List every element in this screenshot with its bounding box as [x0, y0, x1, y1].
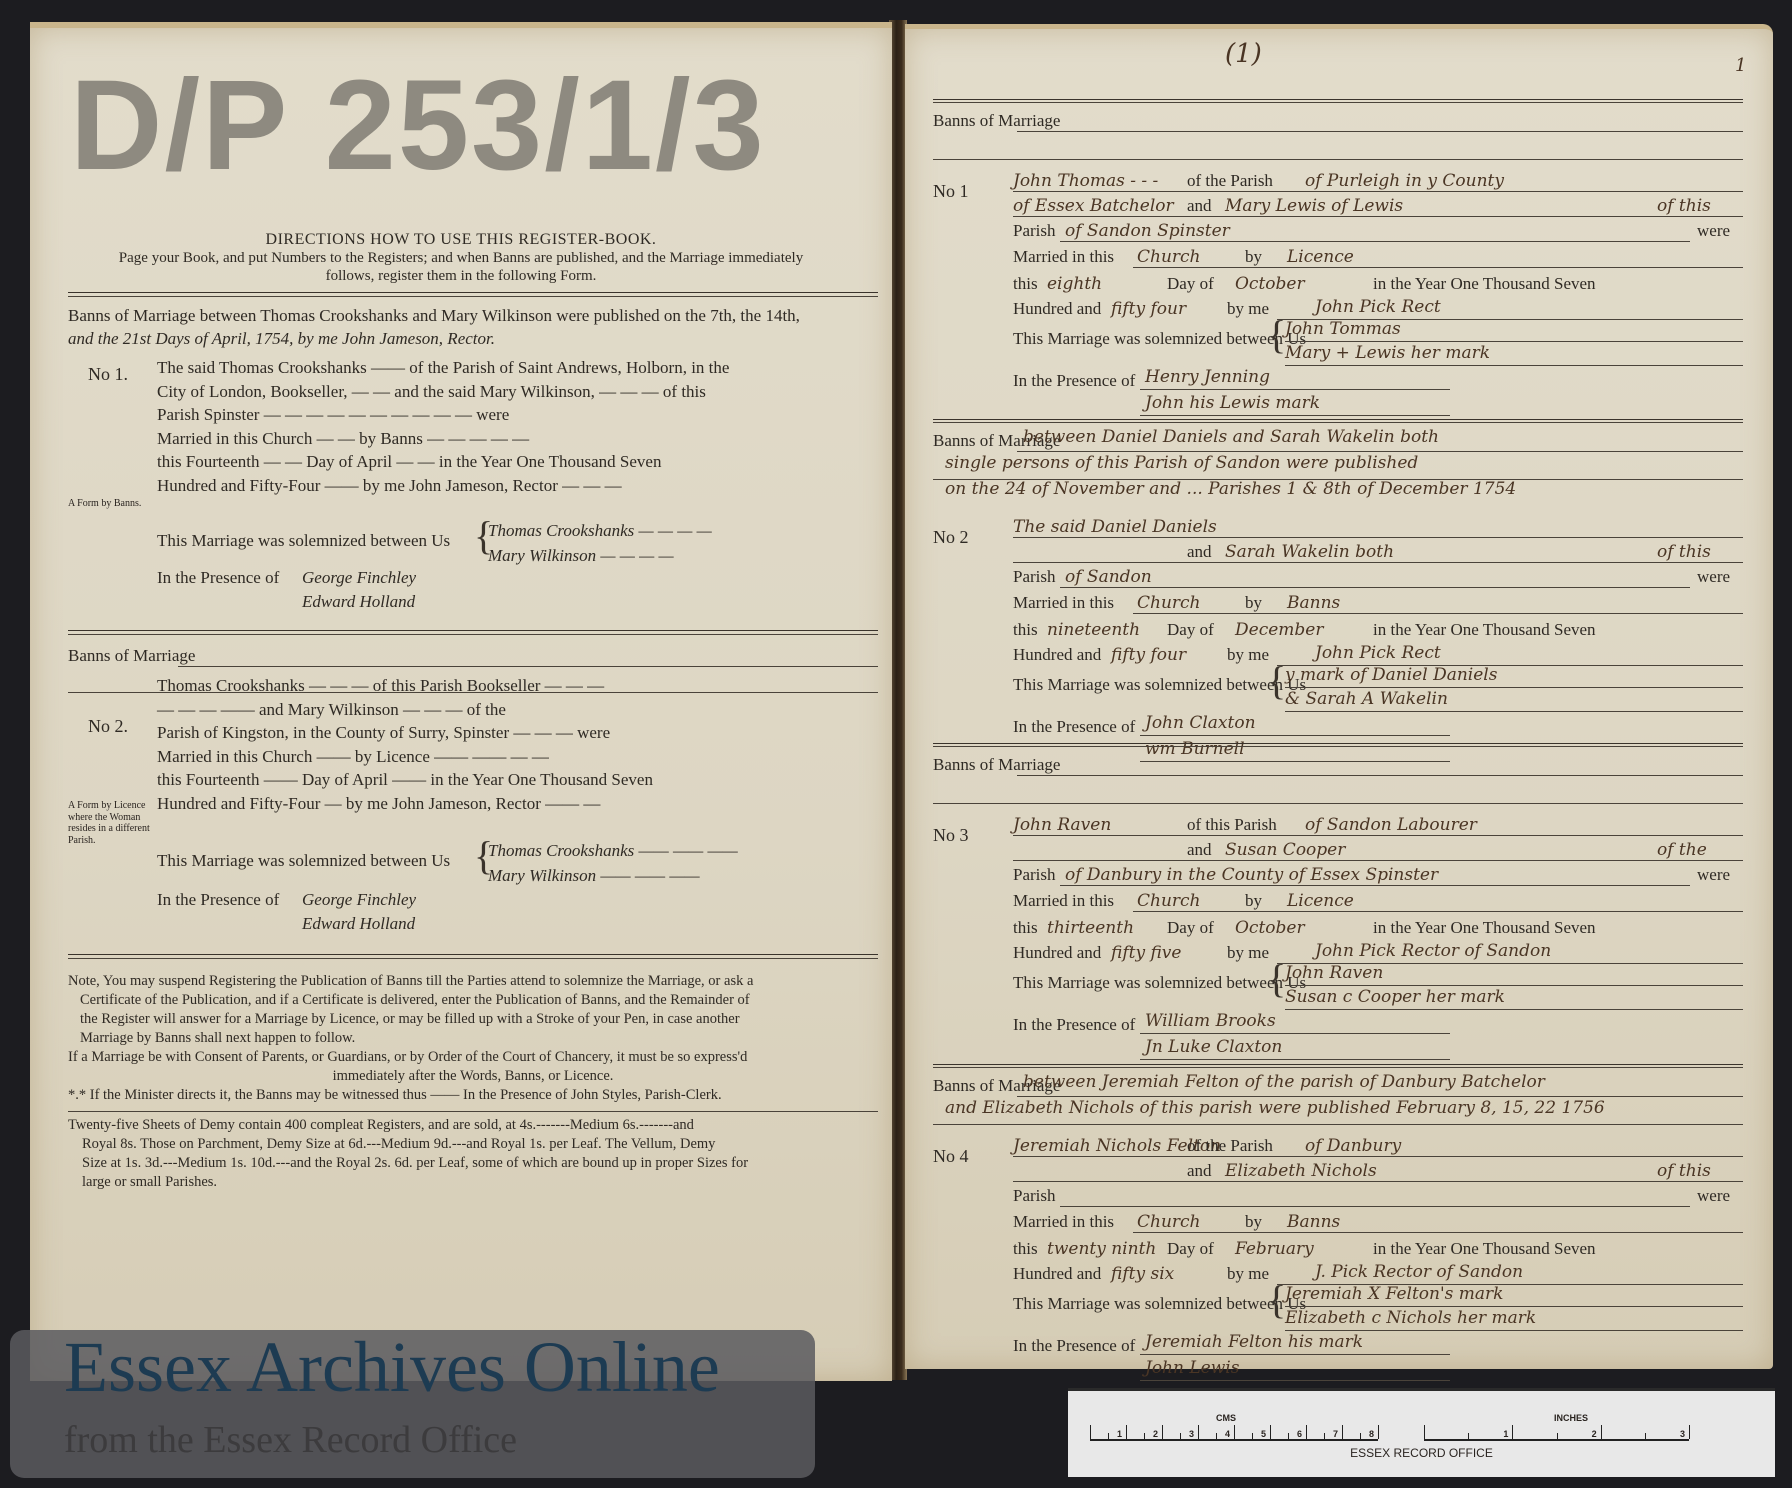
- by-me-label: by me: [1227, 645, 1269, 665]
- form-rule: [1133, 267, 1743, 268]
- form-rule: [1017, 131, 1743, 132]
- form-rule: [1285, 1330, 1743, 1331]
- party-1: Jeremiah X Felton's mark: [1285, 1284, 1503, 1304]
- form-line: Thomas Crookshanks — — — of this Parish …: [157, 676, 604, 696]
- marriage-method: Licence: [1287, 891, 1354, 911]
- example2-witness-1: George Finchley: [302, 890, 416, 910]
- of-parish-label: of this Parish: [1187, 815, 1277, 835]
- groom-parish: of Danbury: [1305, 1136, 1401, 1156]
- ruler-tick: [1306, 1425, 1307, 1439]
- example1-banns-line-1: Banns of Marriage between Thomas Crooksh…: [68, 306, 800, 326]
- form-rule: [1017, 775, 1743, 776]
- and-label: and: [1187, 840, 1212, 860]
- year-label: in the Year One Thousand Seven: [1373, 620, 1596, 640]
- example1-solemnized-label: This Marriage was solemnized between Us: [157, 531, 450, 551]
- ruler-tick-label: 1: [1117, 1429, 1122, 1439]
- parish-label: Parish: [1013, 567, 1056, 587]
- ruler-tick: [1216, 1433, 1217, 1439]
- year-label: in the Year One Thousand Seven: [1373, 1239, 1596, 1259]
- form-rule: [933, 422, 1743, 423]
- groom-parish: of Purleigh in y County: [1305, 171, 1504, 191]
- form-rule: [933, 419, 1743, 420]
- minister-name: John Pick Rect: [1315, 297, 1441, 317]
- solemnized-label: This Marriage was solemnized between Us: [1013, 675, 1306, 695]
- form-rule: [1133, 911, 1743, 912]
- example1-number: No 1.: [88, 364, 128, 385]
- example2-witness-2: Edward Holland: [302, 914, 415, 934]
- banns-text-2: single persons of this Parish of Sandon …: [945, 453, 1418, 473]
- ruler-tick-label: 5: [1261, 1429, 1266, 1439]
- page-number: (1): [1225, 39, 1262, 69]
- form-rule: [1060, 241, 1690, 242]
- example1-party-1: Thomas Crookshanks — — — —: [488, 521, 712, 541]
- brace: {: [1267, 959, 1286, 999]
- this-label: this: [1013, 620, 1038, 640]
- ruler-tick: [1270, 1425, 1271, 1439]
- pricing-line: Twenty-five Sheets of Demy contain 400 c…: [68, 1116, 878, 1135]
- ruler-office-label: ESSEX RECORD OFFICE: [1068, 1446, 1775, 1460]
- entry-number: No 4: [933, 1146, 969, 1167]
- year-label: in the Year One Thousand Seven: [1373, 918, 1596, 938]
- this-label: this: [1013, 274, 1038, 294]
- note-line: Note, You may suspend Registering the Pu…: [68, 972, 878, 991]
- form-rule: [1013, 835, 1743, 836]
- presence-label: In the Presence of: [1013, 717, 1135, 737]
- right-page: (1) 1 Banns of MarriageNo 1John Thomas -…: [905, 24, 1773, 1369]
- witness-1: John Claxton: [1145, 713, 1256, 733]
- form-rule: [933, 743, 1743, 744]
- day-of-label: Day of: [1167, 1239, 1214, 1259]
- form-rule: [1017, 451, 1743, 452]
- form-rule: [1013, 191, 1743, 192]
- married-label: Married in this: [1013, 891, 1114, 911]
- example2-number: No 2.: [88, 716, 128, 737]
- bride-name: Susan Cooper: [1225, 840, 1345, 860]
- form-rule: [1140, 1380, 1450, 1381]
- entry-number: No 2: [933, 527, 969, 548]
- parish-label: Parish: [1013, 1186, 1056, 1206]
- marriage-method: Banns: [1287, 593, 1340, 613]
- brace: {: [1267, 1280, 1286, 1320]
- ruler-tick-label: 7: [1333, 1429, 1338, 1439]
- form-line: Married in this Church — — by Banns — — …: [157, 429, 529, 449]
- witness-2: John his Lewis mark: [1145, 393, 1320, 413]
- were-label: were: [1697, 567, 1730, 587]
- hundred-label: Hundred and: [1013, 1264, 1101, 1284]
- ruler-tick: [1324, 1433, 1325, 1439]
- note-line: Certificate of the Publication, and if a…: [68, 991, 878, 1010]
- ruler-tick: [1378, 1425, 1379, 1439]
- note-line: If a Marriage be with Consent of Parents…: [68, 1048, 878, 1067]
- form-rule: [933, 1124, 1743, 1125]
- form-rule: [1013, 537, 1743, 538]
- marriage-month: February: [1235, 1239, 1314, 1259]
- ruler-tick: [1288, 1433, 1289, 1439]
- inches-label: INCHES: [1554, 1413, 1588, 1423]
- ruler-tick: [1342, 1425, 1343, 1439]
- form-line: Parish of Kingston, in the County of Sur…: [157, 723, 610, 743]
- form-line: The said Thomas Crookshanks —— of the Pa…: [157, 358, 729, 378]
- were-label: were: [1697, 1186, 1730, 1206]
- by-label: by: [1245, 593, 1262, 613]
- day-of-label: Day of: [1167, 918, 1214, 938]
- hundred-label: Hundred and: [1013, 645, 1101, 665]
- bride-parish: of Sandon Spinster: [1065, 221, 1230, 241]
- entry-number: No 3: [933, 825, 969, 846]
- banns-text-1: between Jeremiah Felton of the parish of…: [1023, 1072, 1545, 1092]
- ruler-tick: [1252, 1433, 1253, 1439]
- corner-mark: 1: [1735, 55, 1746, 76]
- were-label: were: [1697, 865, 1730, 885]
- form-rule: [1140, 735, 1450, 736]
- inches-scale: 123: [1424, 1425, 1689, 1441]
- presence-label: In the Presence of: [1013, 1336, 1135, 1356]
- bride-of: of the: [1657, 840, 1707, 860]
- ruler-tick: [1424, 1425, 1425, 1439]
- party-1: John Raven: [1285, 963, 1383, 983]
- form-rule: [1140, 1033, 1450, 1034]
- shelfmark-label: D/P 253/1/3: [70, 62, 766, 190]
- bride-name: Sarah Wakelin both: [1225, 542, 1394, 562]
- party-2: & Sarah A Wakelin: [1285, 689, 1448, 709]
- groom-name: John Raven: [1013, 815, 1111, 835]
- day-of-label: Day of: [1167, 620, 1214, 640]
- party-2: Elizabeth c Nichols her mark: [1285, 1308, 1536, 1328]
- marriage-place: Church: [1137, 891, 1201, 911]
- marriage-place: Church: [1137, 247, 1201, 267]
- form-rule: [1140, 761, 1450, 762]
- party-2: Mary + Lewis her mark: [1285, 343, 1490, 363]
- groom-parish: of Sandon Labourer: [1305, 815, 1477, 835]
- form-rule: [1060, 587, 1690, 588]
- ruler-tick: [1557, 1433, 1558, 1439]
- watermark-title: Essex Archives Online: [64, 1326, 720, 1409]
- married-label: Married in this: [1013, 1212, 1114, 1232]
- example2-banns-label: Banns of Marriage: [68, 646, 195, 666]
- form-rule: [1285, 985, 1743, 986]
- minister-name: John Pick Rect: [1315, 643, 1441, 663]
- form-rule: [1013, 1181, 1743, 1182]
- married-label: Married in this: [1013, 593, 1114, 613]
- form-rule: [1285, 687, 1743, 688]
- marriage-month: December: [1235, 620, 1323, 640]
- by-label: by: [1245, 1212, 1262, 1232]
- example1-witness-2: Edward Holland: [302, 592, 415, 612]
- ruler-tick: [1689, 1425, 1690, 1439]
- ruler-tick-label: 2: [1592, 1429, 1597, 1439]
- party-2: Susan c Cooper her mark: [1285, 987, 1505, 1007]
- form-rule: [933, 479, 1743, 480]
- form-rule: [933, 99, 1743, 100]
- of-parish-label: of the Parish: [1187, 171, 1273, 191]
- bride-of: of this: [1657, 542, 1711, 562]
- marriage-year: fifty four: [1111, 299, 1186, 319]
- form-line: this Fourteenth — — Day of April — — in …: [157, 452, 661, 472]
- form-rule: [1140, 1354, 1450, 1355]
- ruler-tick-label: 1: [1503, 1429, 1508, 1439]
- form-rule: [933, 803, 1743, 804]
- notes-block: Note, You may suspend Registering the Pu…: [68, 972, 878, 1105]
- marriage-year: fifty six: [1111, 1264, 1174, 1284]
- ruler-tick: [1645, 1433, 1646, 1439]
- form-rule: [1285, 1009, 1743, 1010]
- example1-side-note: A Form by Banns.: [68, 498, 141, 510]
- by-me-label: by me: [1227, 1264, 1269, 1284]
- by-me-label: by me: [1227, 299, 1269, 319]
- hundred-label: Hundred and: [1013, 943, 1101, 963]
- example2-presence-label: In the Presence of: [157, 890, 279, 910]
- witness-1: Jeremiah Felton his mark: [1145, 1332, 1363, 1352]
- form-rule: [1013, 216, 1743, 217]
- marriage-day: twenty ninth: [1047, 1239, 1156, 1259]
- example2-solemnized-label: This Marriage was solemnized between Us: [157, 851, 450, 871]
- example1-banns-line-2: and the 21st Days of April, 1754, by me …: [68, 329, 495, 349]
- marriage-place: Church: [1137, 1212, 1201, 1232]
- form-rule: [1140, 1059, 1450, 1060]
- marriage-year: fifty four: [1111, 645, 1186, 665]
- pricing-line: Royal 8s. Those on Parchment, Demy Size …: [68, 1135, 878, 1154]
- presence-label: In the Presence of: [1013, 371, 1135, 391]
- ruler-tick: [1601, 1425, 1602, 1439]
- ruler-tick: [1162, 1425, 1163, 1439]
- bride-name: Elizabeth Nichols: [1225, 1161, 1377, 1181]
- party-1: John Tommas: [1285, 319, 1401, 339]
- form-rule: [1133, 1232, 1743, 1233]
- example2-party-2: Mary Wilkinson —— —— ——: [488, 866, 700, 886]
- form-rule: [1140, 389, 1450, 390]
- ruler-tick: [1126, 1425, 1127, 1439]
- witness-2: wm Burnell: [1145, 739, 1245, 759]
- ruler-tick-label: 8: [1369, 1429, 1374, 1439]
- form-line: City of London, Bookseller, — — and the …: [157, 382, 706, 402]
- marriage-day: nineteenth: [1047, 620, 1140, 640]
- witness-2: John Lewis: [1145, 1358, 1239, 1378]
- ruler-tick-label: 4: [1225, 1429, 1230, 1439]
- this-label: this: [1013, 1239, 1038, 1259]
- note-line: Marriage by Banns shall next happen to f…: [68, 1029, 878, 1048]
- form-rule: [1285, 1306, 1743, 1307]
- note-line: immediately after the Words, Banns, or L…: [68, 1067, 878, 1086]
- solemnized-label: This Marriage was solemnized between Us: [1013, 329, 1306, 349]
- year-label: in the Year One Thousand Seven: [1373, 274, 1596, 294]
- form-line: Married in this Church —— by Licence —— …: [157, 747, 549, 767]
- by-label: by: [1245, 247, 1262, 267]
- form-rule: [1013, 860, 1743, 861]
- form-rule: [1013, 562, 1743, 563]
- ruler-tick: [1360, 1433, 1361, 1439]
- presence-label: In the Presence of: [1013, 1015, 1135, 1035]
- directions-line-2: follows, register them in the following …: [30, 268, 892, 285]
- banns-text-2: and Elizabeth Nichols of this parish wer…: [945, 1098, 1605, 1118]
- marriage-method: Banns: [1287, 1212, 1340, 1232]
- ruler-tick: [1234, 1425, 1235, 1439]
- form-rule: [1133, 613, 1743, 614]
- ruler-tick: [1144, 1433, 1145, 1439]
- day-of-label: Day of: [1167, 274, 1214, 294]
- solemnized-label: This Marriage was solemnized between Us: [1013, 1294, 1306, 1314]
- archive-watermark: Essex Archives Online from the Essex Rec…: [10, 1330, 815, 1478]
- form-line: this Fourteenth —— Day of April —— in th…: [157, 770, 653, 790]
- and-label: and: [1187, 1161, 1212, 1181]
- form-rule: [1060, 885, 1690, 886]
- example1-presence-label: In the Presence of: [157, 568, 279, 588]
- marriage-day: thirteenth: [1047, 918, 1134, 938]
- ruler-tick: [1468, 1433, 1469, 1439]
- form-rule: [1285, 341, 1743, 342]
- and-label: and: [1187, 542, 1212, 562]
- ruler-tick-label: 2: [1153, 1429, 1158, 1439]
- form-rule: [1013, 1156, 1743, 1157]
- witness-1: Henry Jenning: [1145, 367, 1270, 387]
- ruler-tick: [1108, 1433, 1109, 1439]
- minister-name: John Pick Rector of Sandon: [1315, 941, 1551, 961]
- bride-of: of this: [1657, 1161, 1711, 1181]
- bride-parish: of Danbury in the County of Essex Spinst…: [1065, 865, 1438, 885]
- entry-number: No 1: [933, 181, 969, 202]
- solemnized-label: This Marriage was solemnized between Us: [1013, 973, 1306, 993]
- example1-party-2: Mary Wilkinson — — — —: [488, 546, 674, 566]
- form-rule: [933, 102, 1743, 103]
- this-label: this: [1013, 918, 1038, 938]
- ruler-tick-label: 6: [1297, 1429, 1302, 1439]
- form-rule: [1060, 1206, 1690, 1207]
- example2-party-1: Thomas Crookshanks —— —— ——: [488, 841, 738, 861]
- form-line: — — — —— and Mary Wilkinson — — — of the: [157, 700, 506, 720]
- directions-line-1: Page your Book, and put Numbers to the R…: [30, 250, 892, 267]
- note-line: the Register will answer for a Marriage …: [68, 1010, 878, 1029]
- groom-parish-cont: of Essex Batchelor: [1013, 196, 1174, 216]
- form-line: Parish Spinster — — — — — — — — — — were: [157, 405, 509, 425]
- form-line: Hundred and Fifty-Four — by me John Jame…: [157, 794, 600, 814]
- note-line: *.* If the Minister directs it, the Bann…: [68, 1086, 878, 1105]
- witness-2: Jn Luke Claxton: [1145, 1037, 1282, 1057]
- ruler-tick-label: 3: [1189, 1429, 1194, 1439]
- ruler-tick-label: 3: [1680, 1429, 1685, 1439]
- bride-name: Mary Lewis of Lewis: [1225, 196, 1403, 216]
- form-rule: [1017, 1096, 1743, 1097]
- ruler-tick: [1512, 1425, 1513, 1439]
- left-page: D/P 253/1/3 DIRECTIONS HOW TO USE THIS R…: [30, 22, 892, 1381]
- groom-name: John Thomas - - -: [1013, 171, 1158, 191]
- bride-of: of this: [1657, 196, 1711, 216]
- form-rule: [933, 1067, 1743, 1068]
- example1-witness-1: George Finchley: [302, 568, 416, 588]
- parish-label: Parish: [1013, 865, 1056, 885]
- directions-title: DIRECTIONS HOW TO USE THIS REGISTER-BOOK…: [30, 231, 892, 249]
- form-rule: [933, 159, 1743, 160]
- by-label: by: [1245, 891, 1262, 911]
- scale-ruler: CMS 12345678 INCHES 123 ESSEX RECORD OFF…: [1068, 1388, 1775, 1477]
- of-parish-label: of the Parish: [1187, 1136, 1273, 1156]
- example2-side-note: A Form by Licence where the Woman reside…: [68, 800, 163, 846]
- banns-label: Banns of Marriage: [933, 755, 1060, 775]
- brace: {: [1267, 315, 1286, 355]
- marriage-month: October: [1235, 918, 1305, 938]
- parish-label: Parish: [1013, 221, 1056, 241]
- ruler-tick: [1090, 1425, 1091, 1439]
- hundred-label: Hundred and: [1013, 299, 1101, 319]
- marriage-day: eighth: [1047, 274, 1102, 294]
- form-rule: [933, 746, 1743, 747]
- cms-label: CMS: [1216, 1413, 1236, 1423]
- bride-parish: of Sandon: [1065, 567, 1152, 587]
- marriage-year: fifty five: [1111, 943, 1181, 963]
- form-line: Hundred and Fifty-Four —— by me John Jam…: [157, 476, 622, 496]
- pricing-line: large or small Parishes.: [68, 1173, 878, 1192]
- witness-1: William Brooks: [1145, 1011, 1276, 1031]
- banns-text-3: on the 24 of November and ... Parishes 1…: [945, 479, 1516, 499]
- watermark-subtitle: from the Essex Record Office: [64, 1418, 517, 1462]
- by-me-label: by me: [1227, 943, 1269, 963]
- groom-name: The said Daniel Daniels: [1013, 517, 1217, 537]
- pricing-block: Twenty-five Sheets of Demy contain 400 c…: [68, 1116, 878, 1192]
- party-1: y mark of Daniel Daniels: [1285, 665, 1497, 685]
- form-rule: [1285, 711, 1743, 712]
- banns-label: Banns of Marriage: [933, 111, 1060, 131]
- brace: {: [1267, 661, 1286, 701]
- married-label: Married in this: [1013, 247, 1114, 267]
- ruler-tick: [1180, 1433, 1181, 1439]
- form-rule: [1285, 365, 1743, 366]
- marriage-method: Licence: [1287, 247, 1354, 267]
- cms-scale: 12345678: [1090, 1425, 1378, 1441]
- banns-text-1: between Daniel Daniels and Sarah Wakelin…: [1023, 427, 1439, 447]
- ruler-tick: [1198, 1425, 1199, 1439]
- marriage-month: October: [1235, 274, 1305, 294]
- and-label: and: [1187, 196, 1212, 216]
- marriage-place: Church: [1137, 593, 1201, 613]
- were-label: were: [1697, 221, 1730, 241]
- form-rule: [1140, 415, 1450, 416]
- pricing-line: Size at 1s. 3d.---Medium 1s. 10d.---and …: [68, 1154, 878, 1173]
- minister-name: J. Pick Rector of Sandon: [1315, 1262, 1523, 1282]
- form-rule: [933, 1064, 1743, 1065]
